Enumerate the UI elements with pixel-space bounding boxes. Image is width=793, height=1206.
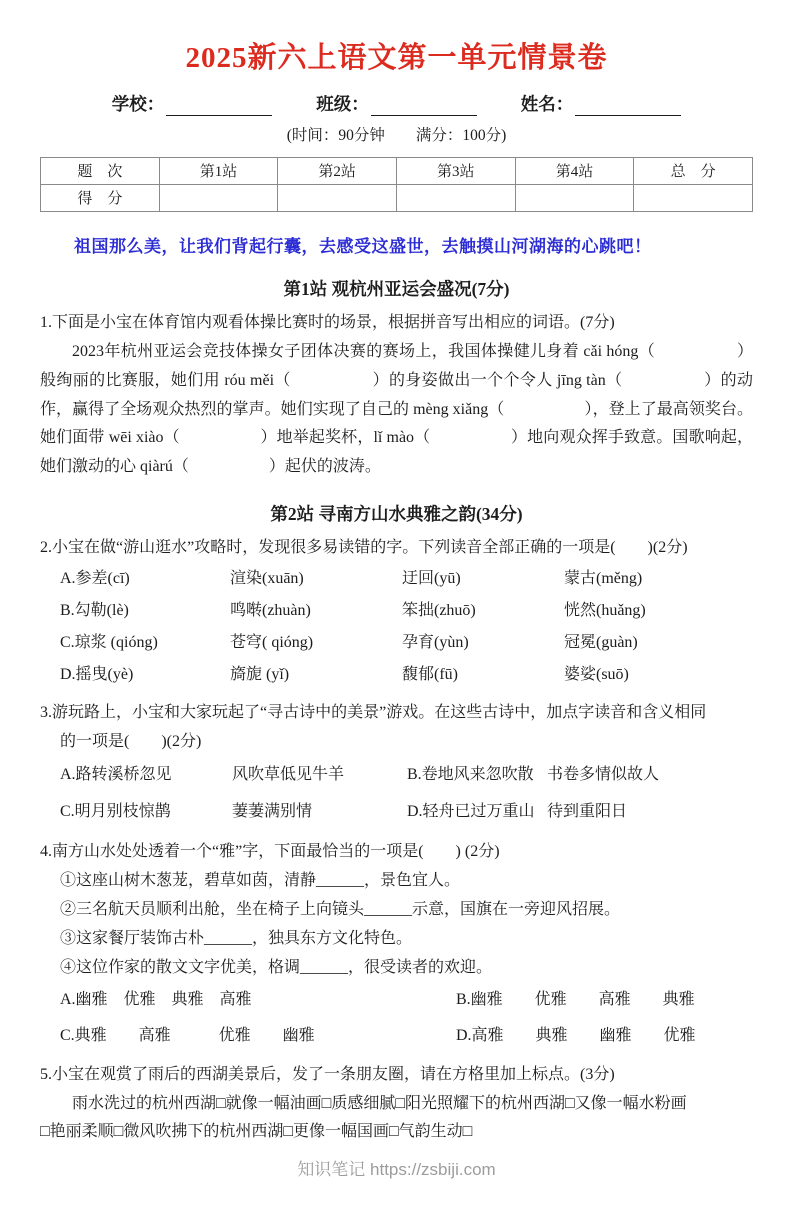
score-blank-cell (396, 184, 515, 211)
option-d: D.轻舟已过万重山 (407, 794, 547, 831)
school-field: 学校： (112, 91, 273, 116)
question-2-option-row: B.勾勒(lè) 鸣啭(zhuàn) 笨拙(zhuō) 恍然(huǎng) (60, 595, 753, 627)
exam-paper-page: 2025新六上语文第一单元情景卷 学校： 班级： 姓名： (时间：90分钟 满分… (0, 0, 793, 1206)
question-3-option-row: C.明月别枝惊鹊 萋萋满别情 D.轻舟已过万重山 待到重阳日 (60, 794, 753, 831)
option-a: A.幽雅 优雅 典雅 高雅 (60, 982, 456, 1017)
question-1-passage: 2023年杭州亚运会竞技体操女子团体决赛的赛场上，我国体操健儿身着 cǎi hó… (40, 338, 753, 482)
option-word: 渲染(xuān) (230, 563, 402, 595)
question-4-item-1: ①这座山树木葱茏，碧草如茵，清静______，景色宜人。 (60, 867, 753, 896)
option-b: B.幽雅 优雅 高雅 典雅 (456, 982, 753, 1017)
question-3: 3.游玩路上，小宝和大家玩起了“寻古诗中的美景”游戏。在这些古诗中，加点字读音和… (40, 699, 753, 830)
option-a: A.参差(cī) (60, 563, 230, 595)
question-4: 4.南方山水处处透着一个“雅”字，下面最恰当的一项是( ) (2分) ①这座山树… (40, 838, 753, 1052)
question-2: 2.小宝在做“游山逛水”攻略时，发现很多易读错的字。下列读音全部正确的一项是( … (40, 534, 753, 691)
option-phrase: 书卷多情似故人 (547, 757, 753, 794)
station1-heading: 第1站 观杭州亚运会盛况(7分) (40, 277, 753, 302)
question-1: 1.下面是小宝在体育馆内观看体操比赛时的场景，根据拼音写出相应的词语。(7分) … (40, 309, 753, 482)
question-4-item-3: ③这家餐厅装饰古朴______，独具东方文化特色。 (60, 925, 753, 954)
score-header-cell: 总 分 (634, 157, 753, 184)
question-2-stem: 2.小宝在做“游山逛水”攻略时，发现很多易读错的字。下列读音全部正确的一项是( … (40, 534, 753, 563)
school-label: 学校： (112, 94, 165, 114)
question-5-stem: 5.小宝在观赏了雨后的西湖美景后，发了一条朋友圈，请在方格里加上标点。(3分) (40, 1061, 753, 1090)
class-blank-line (371, 97, 477, 116)
name-blank-line (575, 97, 681, 116)
score-table-header-row: 题 次 第1站 第2站 第3站 第4站 总 分 (41, 157, 753, 184)
question-5-passage-line1: 雨水洗过的杭州西湖□就像一幅油画□质感细腻□阳光照耀下的杭州西湖□又像一幅水粉画 (40, 1090, 753, 1119)
student-info-row: 学校： 班级： 姓名： (40, 91, 753, 116)
question-2-option-row: C.琼浆 (qióng) 苍穹( qióng) 孕育(yùn) 冠冕(guàn) (60, 627, 753, 659)
option-b: B.卷地风来忽吹散 (407, 757, 547, 794)
class-label: 班级： (316, 94, 369, 114)
school-blank-line (166, 97, 272, 116)
option-c: C.明月别枝惊鹊 (60, 794, 232, 831)
option-word: 鸣啭(zhuàn) (230, 595, 402, 627)
question-3-stem-line2: 的一项是( )(2分) (40, 728, 753, 757)
option-a: A.路转溪桥忽见 (60, 757, 232, 794)
option-word: 苍穹( qióng) (230, 627, 402, 659)
score-blank-cell (515, 184, 634, 211)
score-blank-cell (634, 184, 753, 211)
motivational-slogan: 祖国那么美，让我们背起行囊，去感受这盛世，去触摸山河湖海的心跳吧！ (74, 232, 753, 257)
time-info: (时间：90分钟 满分：100分) (40, 123, 753, 145)
score-header-cell: 第4站 (515, 157, 634, 184)
option-phrase: 风吹草低见牛羊 (232, 757, 407, 794)
question-2-option-row: D.摇曳(yè) 旖旎 (yǐ) 馥郁(fū) 婆娑(suō) (60, 659, 753, 691)
option-d: D.高雅 典雅 幽雅 优雅 (456, 1018, 753, 1053)
option-c: C.琼浆 (qióng) (60, 627, 230, 659)
score-header-cell: 第1站 (159, 157, 278, 184)
option-word: 笨拙(zhuō) (402, 595, 564, 627)
option-phrase: 待到重阳日 (547, 794, 753, 831)
option-phrase: 萋萋满别情 (232, 794, 407, 831)
score-blank-cell (159, 184, 278, 211)
question-4-option-row: C.典雅 高雅 优雅 幽雅 D.高雅 典雅 幽雅 优雅 (60, 1018, 753, 1053)
question-3-option-row: A.路转溪桥忽见 风吹草低见牛羊 B.卷地风来忽吹散 书卷多情似故人 (60, 757, 753, 794)
question-2-option-row: A.参差(cī) 渲染(xuān) 迂回(yū) 蒙古(měng) (60, 563, 753, 595)
option-word: 迂回(yū) (402, 563, 564, 595)
site-watermark: 知识笔记 https://zsbiji.com (40, 1155, 753, 1206)
score-blank-cell (278, 184, 397, 211)
name-field: 姓名： (521, 91, 682, 116)
option-word: 恍然(huǎng) (564, 595, 753, 627)
class-field: 班级： (316, 91, 477, 116)
score-row-label: 得 分 (41, 184, 160, 211)
option-word: 婆娑(suō) (564, 659, 753, 691)
option-word: 蒙古(měng) (564, 563, 753, 595)
score-header-cell: 第2站 (278, 157, 397, 184)
score-header-cell: 题 次 (41, 157, 160, 184)
option-c: C.典雅 高雅 优雅 幽雅 (60, 1018, 456, 1053)
option-word: 旖旎 (yǐ) (230, 659, 402, 691)
score-table-score-row: 得 分 (41, 184, 753, 211)
score-table: 题 次 第1站 第2站 第3站 第4站 总 分 得 分 (40, 157, 753, 212)
question-4-option-row: A.幽雅 优雅 典雅 高雅 B.幽雅 优雅 高雅 典雅 (60, 982, 753, 1017)
question-5: 5.小宝在观赏了雨后的西湖美景后，发了一条朋友圈，请在方格里加上标点。(3分) … (40, 1061, 753, 1147)
option-word: 馥郁(fū) (402, 659, 564, 691)
question-4-item-2: ②三名航天员顺利出舱，坐在椅子上向镜头______示意，国旗在一旁迎风招展。 (60, 896, 753, 925)
option-word: 孕育(yùn) (402, 627, 564, 659)
station2-heading: 第2站 寻南方山水典雅之韵(34分) (40, 502, 753, 527)
question-1-stem: 1.下面是小宝在体育馆内观看体操比赛时的场景，根据拼音写出相应的词语。(7分) (40, 309, 753, 338)
name-label: 姓名： (521, 94, 574, 114)
score-header-cell: 第3站 (396, 157, 515, 184)
option-d: D.摇曳(yè) (60, 659, 230, 691)
question-4-stem: 4.南方山水处处透着一个“雅”字，下面最恰当的一项是( ) (2分) (40, 838, 753, 867)
question-4-item-4: ④这位作家的散文文字优美，格调______，很受读者的欢迎。 (60, 954, 753, 983)
question-5-passage-line2: □艳丽柔顺□微风吹拂下的杭州西湖□更像一幅国画□气韵生动□ (40, 1118, 753, 1147)
option-b: B.勾勒(lè) (60, 595, 230, 627)
page-title: 2025新六上语文第一单元情景卷 (40, 40, 753, 78)
question-3-stem-line1: 3.游玩路上，小宝和大家玩起了“寻古诗中的美景”游戏。在这些古诗中，加点字读音和… (40, 699, 753, 728)
option-word: 冠冕(guàn) (564, 627, 753, 659)
